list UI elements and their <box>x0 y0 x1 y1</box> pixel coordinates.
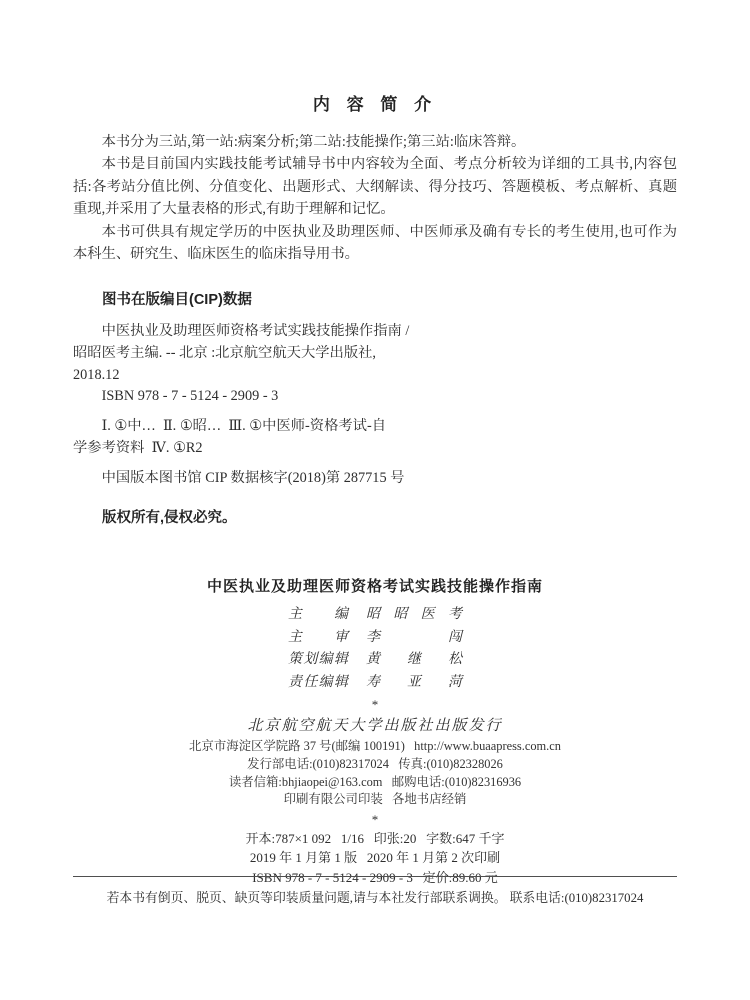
divider-rule <box>73 876 677 877</box>
copyright-page: 内 容 简 介 本书分为三站,第一站:病案分析;第二站:技能操作;第三站:临床答… <box>0 0 750 1000</box>
cip-isbn-line: ISBN 978 - 7 - 5124 - 2909 - 3 <box>73 386 677 408</box>
copyright-section: 版权所有,侵权必究。 <box>73 506 677 527</box>
format-line: 开本:787×1 092 1/16 印张:20 字数:647 千字 <box>73 829 677 848</box>
credit-name: 李闯 <box>366 627 462 650</box>
intro-paragraph-2: 本书是目前国内实践技能考试辅导书中内容较为全面、考点分析较为详细的工具书,内容包… <box>73 153 677 220</box>
cip-section: 图书在版编目(CIP)数据 中医执业及助理医师资格考试实践技能操作指南 / 昭昭… <box>73 288 677 490</box>
credit-name: 昭昭医考 <box>366 604 462 627</box>
edition-line: 2019 年 1 月第 1 版 2020 年 1 月第 2 次印刷 <box>73 848 677 867</box>
asterisk-separator: * <box>73 812 677 827</box>
publisher-phone: 发行部电话:(010)82317024 传真:(010)82328026 <box>73 756 677 774</box>
intro-title: 内 容 简 介 <box>73 90 677 115</box>
credit-label: 责任编辑 <box>288 672 348 695</box>
cip-classification-line-2: 学参考资料 Ⅳ. ①R2 <box>73 438 677 460</box>
distribution-line: 印刷有限公司印装 各地书店经销 <box>73 791 677 809</box>
publisher-line: 北京航空航天大学出版社出版发行 <box>73 714 677 738</box>
asterisk-separator: * <box>73 697 677 712</box>
quality-note: 若本书有倒页、脱页、缺页等印装质量问题,请与本社发行部联系调换。 联系电话:(0… <box>73 887 677 906</box>
copyright-notice: 版权所有,侵权必究。 <box>73 506 677 527</box>
footer-section: 若本书有倒页、脱页、缺页等印装质量问题,请与本社发行部联系调换。 联系电话:(0… <box>73 876 677 906</box>
cip-record-line: 中国版本图书馆 CIP 数据核字(2018)第 287715 号 <box>73 468 677 490</box>
intro-paragraph-1: 本书分为三站,第一站:病案分析;第二站:技能操作;第三站:临床答辩。 <box>73 131 677 153</box>
credit-chief-editor: 主编昭昭医考 <box>73 604 677 627</box>
publisher-address: 北京市海淀区学院路 37 号(邮编 100191) http://www.bua… <box>73 738 677 756</box>
credit-label: 主编 <box>288 604 348 627</box>
credit-responsible-editor: 责任编辑寿亚菏 <box>73 672 677 695</box>
reader-mailbox: 读者信箱:bhjiaopei@163.com 邮购电话:(010)8231693… <box>73 774 677 792</box>
intro-section: 内 容 简 介 本书分为三站,第一站:病案分析;第二站:技能操作;第三站:临床答… <box>73 90 677 265</box>
credit-name: 黄继松 <box>366 649 462 672</box>
cip-title-line: 中医执业及助理医师资格考试实践技能操作指南 / <box>73 321 677 343</box>
colophon-section: 中医执业及助理医师资格考试实践技能操作指南 主编昭昭医考 主审李闯 策划编辑黄继… <box>73 575 677 887</box>
intro-paragraph-3: 本书可供具有规定学历的中医执业及助理医师、中医师承及确有专长的考生使用,也可作为… <box>73 221 677 266</box>
cip-publisher-line: 昭昭医考主编. -- 北京 :北京航空航天大学出版社, <box>73 343 677 365</box>
credit-label: 主审 <box>288 627 348 650</box>
credit-label: 策划编辑 <box>288 649 348 672</box>
cip-classification-line-1: Ⅰ. ①中… Ⅱ. ①昭… Ⅲ. ①中医师-资格考试-自 <box>73 416 677 438</box>
credit-chief-reviewer: 主审李闯 <box>73 627 677 650</box>
credit-name: 寿亚菏 <box>366 672 462 695</box>
credit-planning-editor: 策划编辑黄继松 <box>73 649 677 672</box>
cip-year-line: 2018.12 <box>73 365 677 387</box>
cip-header: 图书在版编目(CIP)数据 <box>73 288 677 309</box>
book-title: 中医执业及助理医师资格考试实践技能操作指南 <box>73 575 677 596</box>
